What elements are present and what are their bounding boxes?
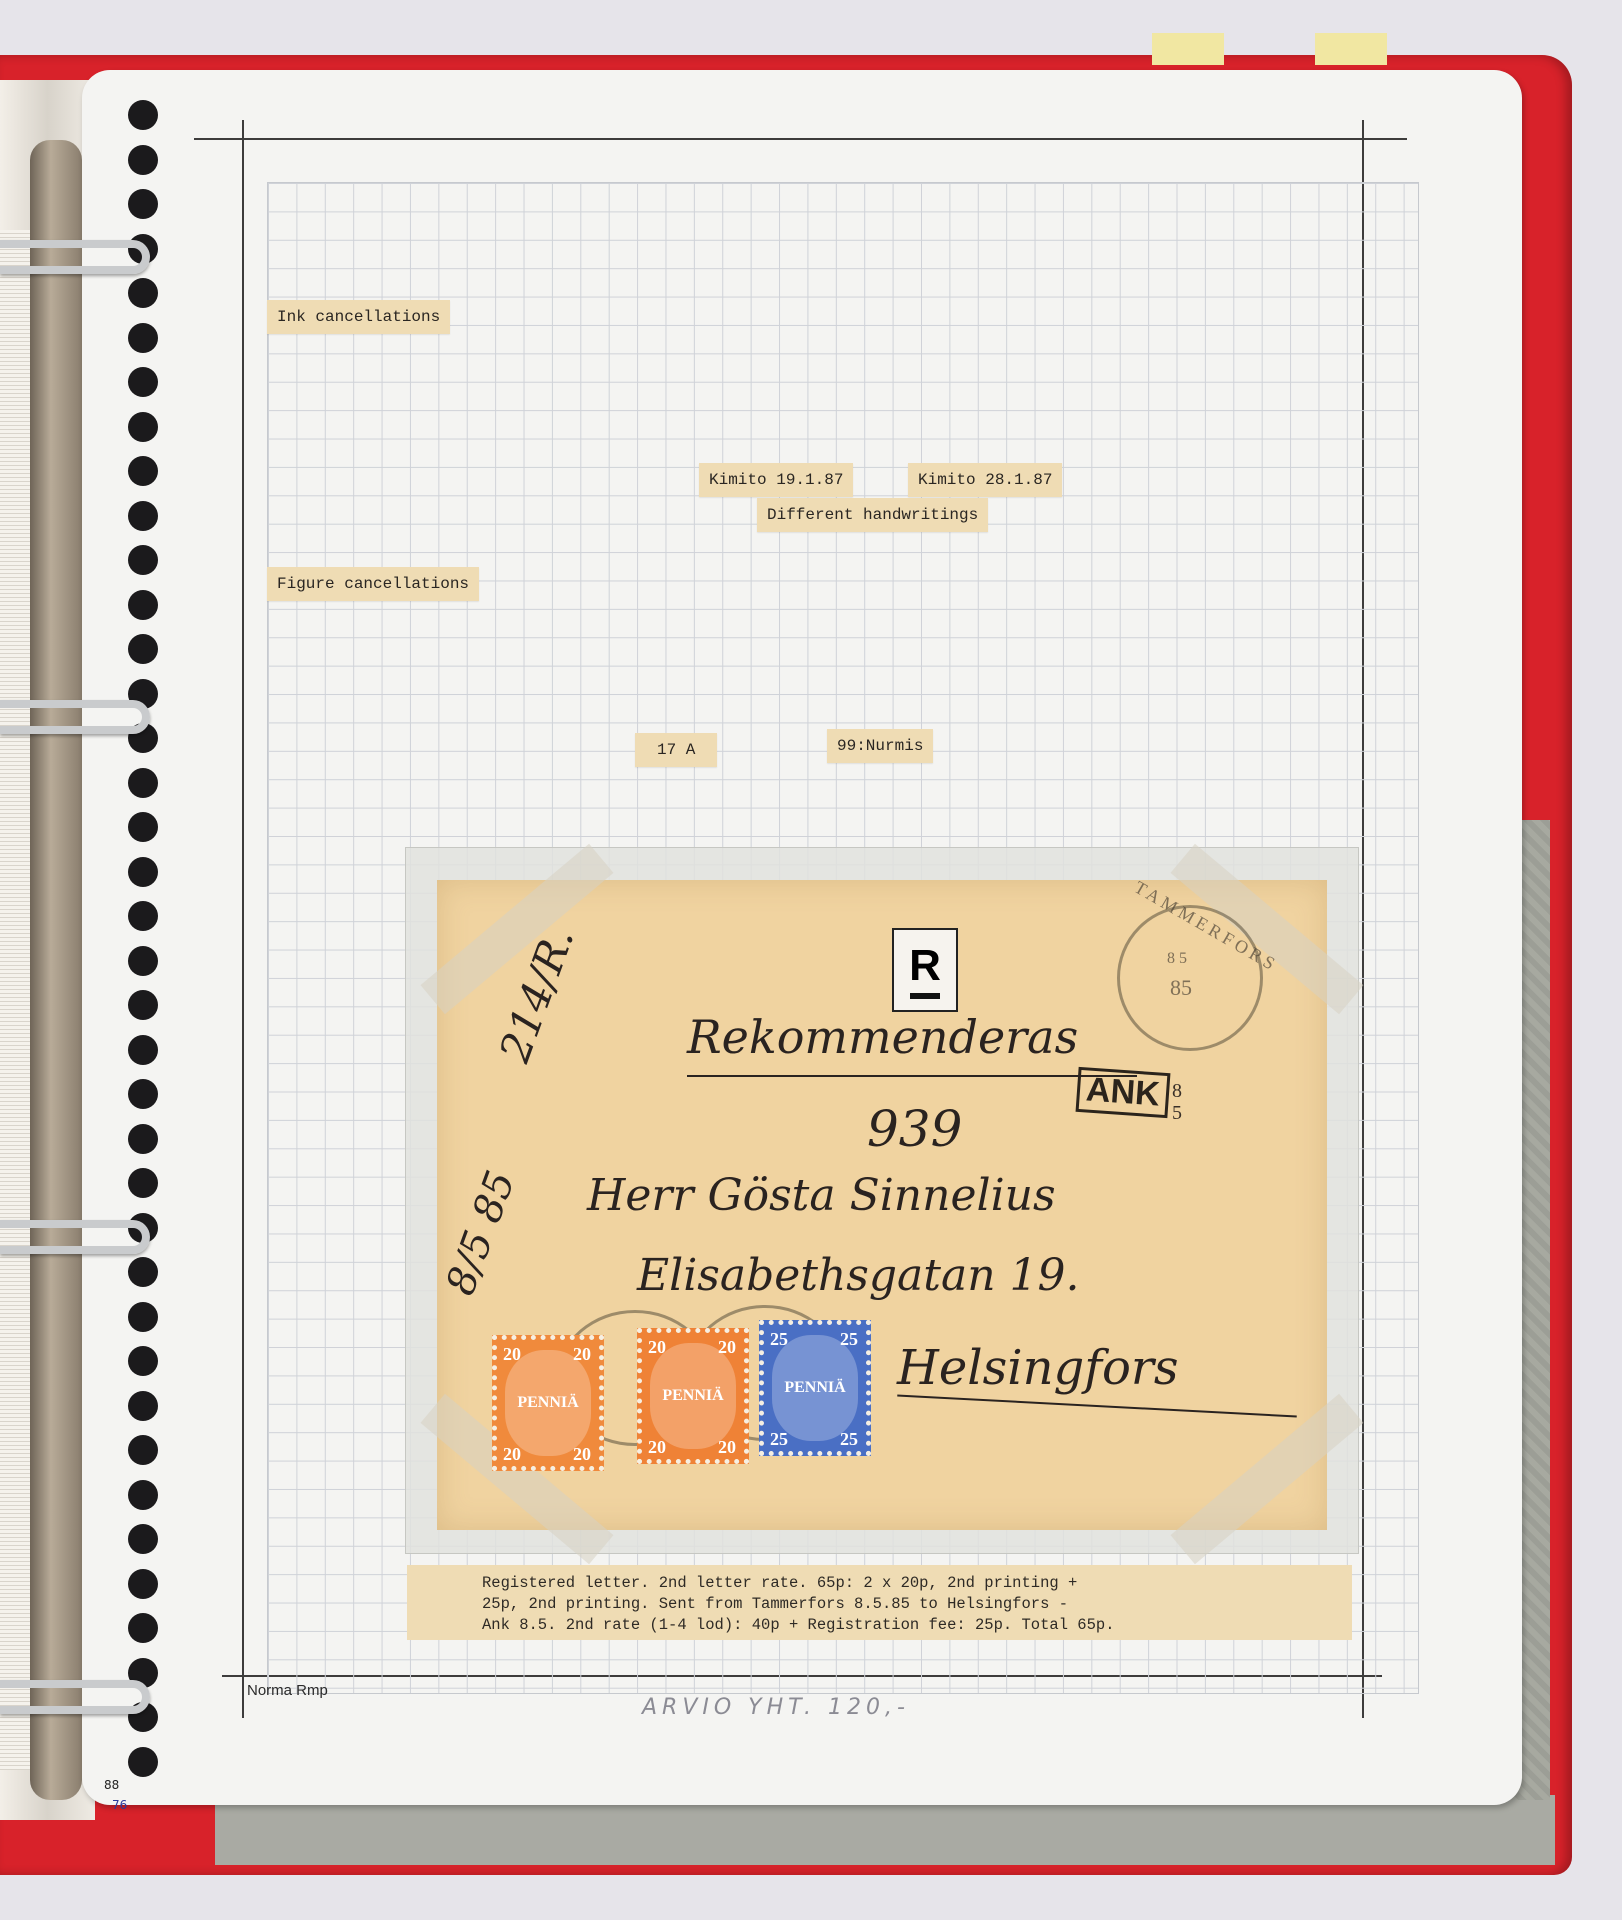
page-border-top — [194, 138, 1407, 140]
page-tab-marker[interactable] — [1152, 33, 1224, 65]
city-underline — [897, 1395, 1297, 1418]
page-number-old: 88 — [104, 1778, 119, 1792]
punch-hole — [128, 1346, 158, 1376]
punch-hole — [128, 1747, 158, 1777]
punch-hole — [128, 1035, 158, 1065]
page-tab-marker[interactable] — [1315, 33, 1387, 65]
binder-ring — [0, 1680, 150, 1714]
binder-inner-lining — [215, 1795, 1555, 1865]
stamp-value: 20 — [573, 1444, 591, 1465]
stamp-value: 20 — [648, 1337, 666, 1358]
cover-caption: Registered letter. 2nd letter rate. 65p:… — [407, 1565, 1352, 1640]
page-border-left — [242, 120, 244, 1718]
postmark-date: 8 5 — [1167, 950, 1187, 968]
punch-hole — [128, 1079, 158, 1109]
punch-hole — [128, 946, 158, 976]
postage-stamp: PENNIÄ25252525 — [759, 1320, 871, 1456]
punch-hole — [128, 278, 158, 308]
punch-hole — [128, 1480, 158, 1510]
page-number-new: 76 — [112, 1798, 127, 1812]
section-label-ink: Ink cancellations — [267, 300, 450, 334]
punch-hole — [128, 501, 158, 531]
punch-hole — [128, 1302, 158, 1332]
figure-example-label: 99:Nurmis — [827, 729, 933, 763]
punch-hole — [128, 634, 158, 664]
stamp-coat-of-arms: PENNIÄ — [650, 1343, 736, 1449]
registered-cover: R TAMMERFORS 8 5 85 ANK 8 5 214/R. 8/5 8… — [437, 880, 1327, 1530]
postage-stamp: PENNIÄ20202020 — [637, 1328, 749, 1464]
ink-example-label: Kimito 19.1.87 — [699, 463, 853, 497]
punch-hole — [128, 990, 158, 1020]
handwritten-reg-number: 939 — [867, 1100, 962, 1158]
stamp-value: 20 — [503, 1344, 521, 1365]
section-label-figure: Figure cancellations — [267, 567, 479, 601]
stamp-value: 20 — [503, 1444, 521, 1465]
pencil-valuation-note: ARVIO YHT. 120,- — [642, 1695, 910, 1720]
punch-hole — [128, 100, 158, 130]
stamp-value: 20 — [648, 1437, 666, 1458]
binder-ring — [0, 240, 150, 274]
punch-hole — [128, 1613, 158, 1643]
punch-hole — [128, 456, 158, 486]
arrival-date: 8 5 — [1172, 1080, 1188, 1124]
stamp-value: 20 — [718, 1437, 736, 1458]
punch-hole — [128, 1569, 158, 1599]
punch-hole — [128, 145, 158, 175]
punch-hole — [128, 323, 158, 353]
binder-ring — [0, 1220, 150, 1254]
stamp-value: 25 — [840, 1329, 858, 1350]
punch-hole — [128, 1124, 158, 1154]
punch-hole — [128, 1257, 158, 1287]
punch-hole — [128, 1524, 158, 1554]
punch-hole — [128, 545, 158, 575]
registration-underline — [910, 993, 940, 999]
figure-example-label: 17 A — [635, 733, 717, 767]
stamp-coat-of-arms: PENNIÄ — [772, 1335, 858, 1441]
postage-stamp: PENNIÄ20202020 — [492, 1335, 604, 1471]
punch-hole — [128, 768, 158, 798]
handwritten-addressee: Herr Gösta Sinnelius — [587, 1170, 1056, 1221]
handwritten-endorsement: Rekommenderas — [687, 1010, 1078, 1064]
punch-hole — [128, 901, 158, 931]
stamp-coat-of-arms: PENNIÄ — [505, 1350, 591, 1456]
stamp-value: 20 — [718, 1337, 736, 1358]
ink-note-label: Different handwritings — [757, 498, 988, 532]
punch-hole — [128, 1435, 158, 1465]
stamp-value: 20 — [573, 1344, 591, 1365]
postmark-year: 85 — [1170, 975, 1192, 1001]
stamp-value: 25 — [770, 1429, 788, 1450]
handwritten-street: Elisabethsgatan 19. — [637, 1250, 1080, 1301]
punch-hole — [128, 367, 158, 397]
endorsement-underline — [687, 1075, 1137, 1077]
handwritten-side-date: 8/5 85 — [437, 1165, 524, 1301]
punch-hole — [128, 590, 158, 620]
registration-letter: R — [909, 941, 941, 991]
punch-hole — [128, 1168, 158, 1198]
ring-mechanism-rail: KRAUSE LEUCHTTURM — [30, 140, 82, 1800]
punch-hole — [128, 1391, 158, 1421]
handwritten-city: Helsingfors — [897, 1340, 1178, 1396]
punch-hole — [128, 412, 158, 442]
page-brand: Norma Rmp — [247, 1682, 328, 1699]
binder-ring — [0, 700, 150, 734]
registration-label: R — [892, 928, 958, 1012]
stamp-value: 25 — [840, 1429, 858, 1450]
punch-hole — [128, 812, 158, 842]
punch-hole — [128, 857, 158, 887]
ink-example-label: Kimito 28.1.87 — [908, 463, 1062, 497]
punch-hole — [128, 189, 158, 219]
stamp-value: 25 — [770, 1329, 788, 1350]
